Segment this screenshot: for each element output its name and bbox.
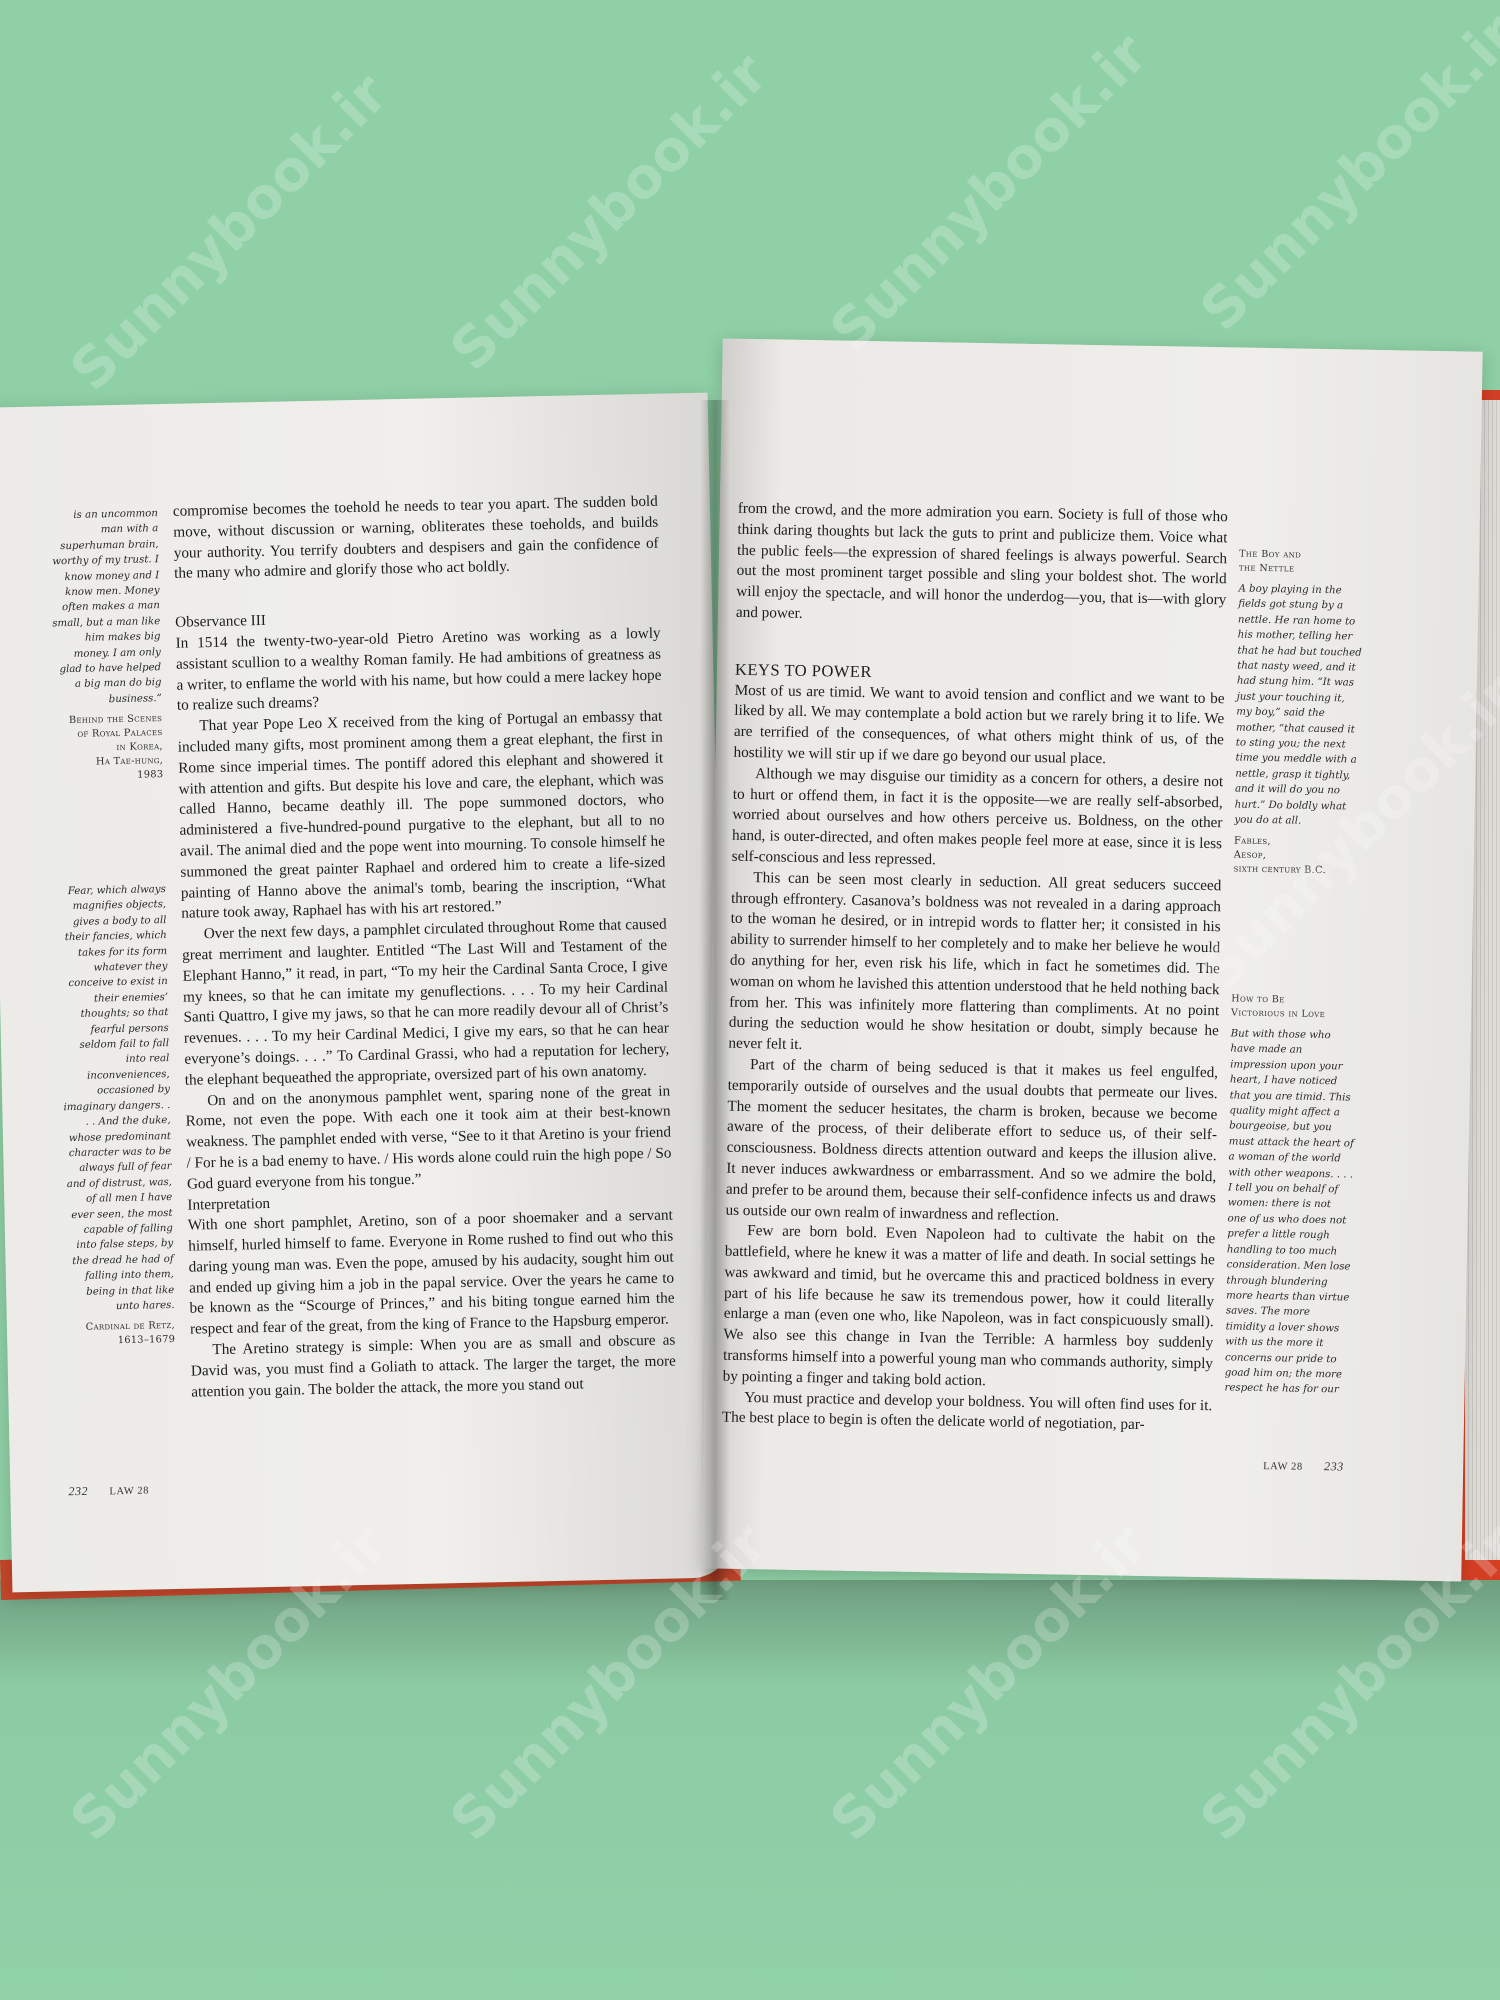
- paragraph: This can be seen most clearly in seducti…: [728, 867, 1221, 1063]
- sidebar-quote-korea: is an uncommon man with a superhuman bra…: [50, 506, 164, 784]
- right-page: from the crowd, and the more admiration …: [701, 338, 1482, 1581]
- watermark: Sunnybook.ir: [1188, 1, 1500, 343]
- sidebar-quote-text: is an uncommon man with a superhuman bra…: [50, 506, 162, 708]
- sidebar-boy-and-nettle: The Boy and the Nettle A boy playing in …: [1233, 548, 1364, 879]
- left-page: is an uncommon man with a superhuman bra…: [0, 393, 732, 1593]
- paragraph: The Aretino strategy is simple: When you…: [190, 1331, 676, 1404]
- paragraph: Most of us are timid. We want to avoid t…: [733, 680, 1224, 772]
- paragraph: Few are born bold. Even Napoleon had to …: [722, 1221, 1215, 1396]
- sidebar-title: The Boy and the Nettle: [1239, 548, 1364, 578]
- watermark: Sunnybook.ir: [438, 41, 780, 383]
- paragraph: compromise becomes the toehold he needs …: [173, 492, 660, 585]
- paragraph: from the crowd, and the more admiration …: [736, 499, 1228, 632]
- left-page-body: compromise becomes the toehold he needs …: [173, 492, 677, 1403]
- watermark: Sunnybook.ir: [818, 21, 1160, 363]
- book-gutter-shadow: [700, 400, 730, 1600]
- watermark: Sunnybook.ir: [58, 61, 400, 403]
- left-page-folio: 232 LAW 28: [68, 1483, 149, 1500]
- running-foot: LAW 28: [109, 1486, 149, 1498]
- paragraph: Over the next few days, a pamphlet circu…: [182, 915, 670, 1091]
- running-foot: LAW 28: [1263, 1461, 1303, 1473]
- sidebar-quote-text: But with those who have made an impressi…: [1224, 1026, 1355, 1398]
- sidebar-quote-attribution: Cardinal de Retz, 1613–1679: [67, 1319, 176, 1349]
- table-surface: [0, 1580, 1500, 2000]
- sidebar-quote-text: A boy playing in the fields got stung by…: [1234, 582, 1363, 831]
- sidebar-victorious-in-love: How to Be Victorious in Love But with th…: [1224, 992, 1356, 1398]
- right-page-folio: LAW 28 233: [1263, 1458, 1344, 1474]
- sidebar-quote-retz: Fear, which always magnifies objects, gi…: [58, 882, 176, 1350]
- paragraph: On and on the anonymous pamphlet went, s…: [185, 1081, 672, 1195]
- paragraph: Part of the charm of being seduced is th…: [725, 1055, 1218, 1230]
- paragraph: With one short pamphlet, Aretino, son of…: [188, 1206, 676, 1341]
- sidebar-quote-attribution: Fables, Aesop, sixth century B.C.: [1233, 834, 1359, 878]
- right-page-body: from the crowd, and the more admiration …: [722, 499, 1228, 1438]
- paragraph: That year Pope Leo X received from the k…: [177, 707, 666, 925]
- sidebar-quote-attribution: Behind the Scenes of Royal Palaces in Ko…: [54, 712, 163, 784]
- paragraph: In 1514 the twenty-two-year-old Pietro A…: [175, 624, 662, 717]
- paragraph: You must practice and develop your boldn…: [722, 1387, 1213, 1437]
- page-number: 232: [68, 1484, 88, 1498]
- page-number: 233: [1324, 1459, 1344, 1473]
- sidebar-title: How to Be Victorious in Love: [1231, 992, 1356, 1022]
- paragraph: Although we may disguise our timidity as…: [732, 763, 1224, 876]
- sidebar-quote-text: Fear, which always magnifies objects, gi…: [58, 882, 175, 1316]
